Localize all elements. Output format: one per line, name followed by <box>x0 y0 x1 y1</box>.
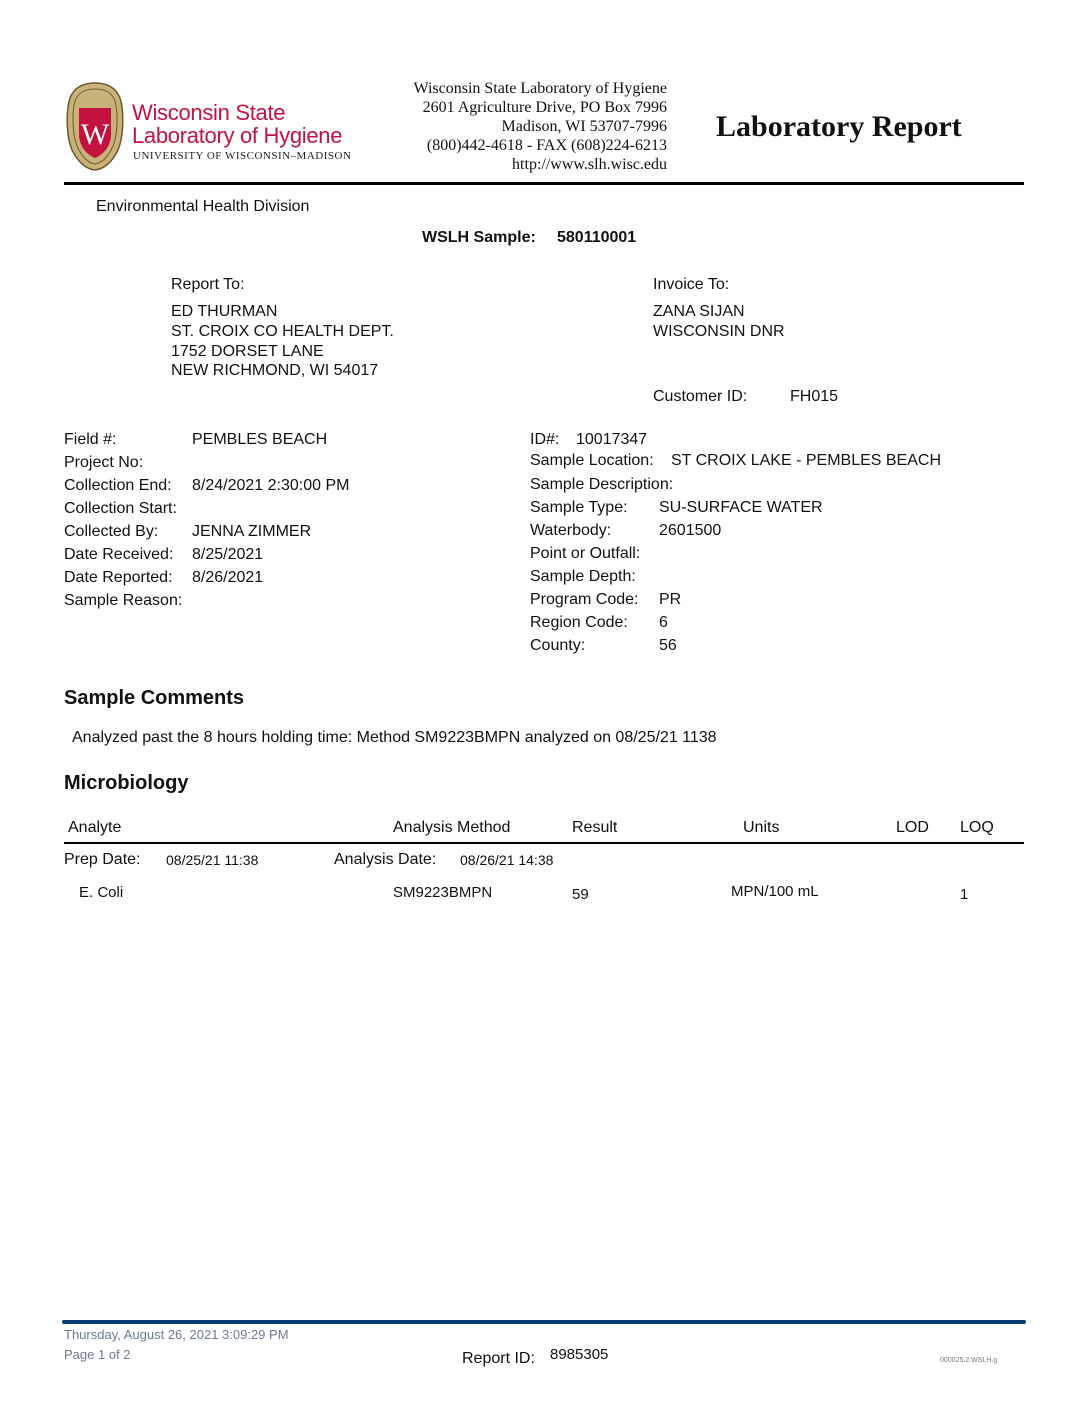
microbiology-heading: Microbiology <box>64 772 188 795</box>
svg-text:W: W <box>81 118 110 151</box>
analysis-method: SM9223BMPN <box>393 884 492 901</box>
field-value: PEMBLES BEACH <box>192 431 327 449</box>
field-label: Sample Description: <box>530 476 673 494</box>
result-value: 59 <box>572 886 589 903</box>
field-label: Collection End: <box>64 477 172 495</box>
field-label: Collected By: <box>64 523 158 541</box>
invoice-to-line: WISCONSIN DNR <box>653 323 785 341</box>
field-value: 8/25/2021 <box>192 546 263 564</box>
prep-date-value: 08/25/21 11:38 <box>166 852 258 868</box>
field-label: Region Code: <box>530 614 628 632</box>
header-divider <box>64 182 1024 185</box>
report-title: Laboratory Report <box>716 110 962 144</box>
report-to-line: 1752 DORSET LANE <box>171 343 324 361</box>
loq-value: 1 <box>960 886 968 903</box>
sample-comment-text: Analyzed past the 8 hours holding time: … <box>72 729 717 747</box>
field-label: Sample Location: <box>530 452 654 470</box>
field-value: ST CROIX LAKE - PEMBLES BEACH <box>671 452 941 470</box>
customer-id-label: Customer ID: <box>653 388 747 406</box>
footer-page-number: Page 1 of 2 <box>64 1347 131 1362</box>
field-label: Date Received: <box>64 546 173 564</box>
field-value: JENNA ZIMMER <box>192 523 311 541</box>
field-label: Point or Outfall: <box>530 545 640 563</box>
field-value: PR <box>659 591 681 609</box>
report-to-line: ST. CROIX CO HEALTH DEPT. <box>171 323 394 341</box>
invoice-to-label: Invoice To: <box>653 276 729 294</box>
footer-timestamp: Thursday, August 26, 2021 3:09:29 PM <box>64 1327 289 1342</box>
division-label: Environmental Health Division <box>96 198 309 216</box>
analysis-date-label: Analysis Date: <box>334 851 436 869</box>
field-value: 10017347 <box>576 431 647 449</box>
report-to-line: NEW RICHMOND, WI 54017 <box>171 362 378 380</box>
prep-date-label: Prep Date: <box>64 851 140 869</box>
address-line-3: Madison, WI 53707-7996 <box>502 117 667 136</box>
report-id-value: 8985305 <box>550 1346 608 1363</box>
field-value: SU-SURFACE WATER <box>659 499 823 517</box>
field-value: 6 <box>659 614 668 632</box>
field-value: 2601500 <box>659 522 721 540</box>
column-header-method: Analysis Method <box>393 819 510 837</box>
column-header-units: Units <box>743 819 779 837</box>
field-label: Date Reported: <box>64 569 173 587</box>
invoice-to-line: ZANA SIJAN <box>653 303 745 321</box>
address-line-2: 2601 Agriculture Drive, PO Box 7996 <box>423 98 667 117</box>
footer-form-code: 000025.2.WSLH.g <box>940 1357 997 1364</box>
analyte-name: E. Coli <box>79 884 123 901</box>
address-line-1: Wisconsin State Laboratory of Hygiene <box>413 79 667 98</box>
field-label: Sample Type: <box>530 499 628 517</box>
column-header-result: Result <box>572 819 617 837</box>
field-label: Project No: <box>64 454 143 472</box>
field-label: Field #: <box>64 431 116 449</box>
units-value: MPN/100 mL <box>731 883 819 900</box>
crest-w-icon: W <box>64 80 126 172</box>
report-id-label: Report ID: <box>462 1350 535 1368</box>
footer-divider <box>62 1320 1026 1324</box>
wslh-sample-label: WSLH Sample: <box>422 229 536 247</box>
analysis-date-value: 08/26/21 14:38 <box>460 852 553 868</box>
field-value: 8/26/2021 <box>192 569 263 587</box>
field-label: County: <box>530 637 585 655</box>
logo-name-line2: Laboratory of Hygiene <box>132 123 342 149</box>
field-label: Sample Reason: <box>64 592 182 610</box>
field-value: 56 <box>659 637 677 655</box>
logo-subtitle: UNIVERSITY OF WISCONSIN–MADISON <box>133 150 351 162</box>
address-line-4: (800)442-4618 - FAX (608)224-6213 <box>427 136 667 155</box>
column-header-loq: LOQ <box>960 819 994 837</box>
field-label: Sample Depth: <box>530 568 636 586</box>
field-label: Collection Start: <box>64 500 177 518</box>
table-header-divider <box>64 842 1024 844</box>
customer-id-value: FH015 <box>790 388 838 406</box>
sample-comments-heading: Sample Comments <box>64 687 244 710</box>
column-header-analyte: Analyte <box>68 819 121 837</box>
report-to-label: Report To: <box>171 276 245 294</box>
wslh-sample-number: 580110001 <box>557 229 636 247</box>
field-label: Waterbody: <box>530 522 611 540</box>
address-website-link[interactable]: http://www.slh.wisc.edu <box>512 155 667 174</box>
field-label: ID#: <box>530 431 559 449</box>
field-value: 8/24/2021 2:30:00 PM <box>192 477 349 495</box>
report-to-line: ED THURMAN <box>171 303 277 321</box>
column-header-lod: LOD <box>896 819 929 837</box>
field-label: Program Code: <box>530 591 639 609</box>
